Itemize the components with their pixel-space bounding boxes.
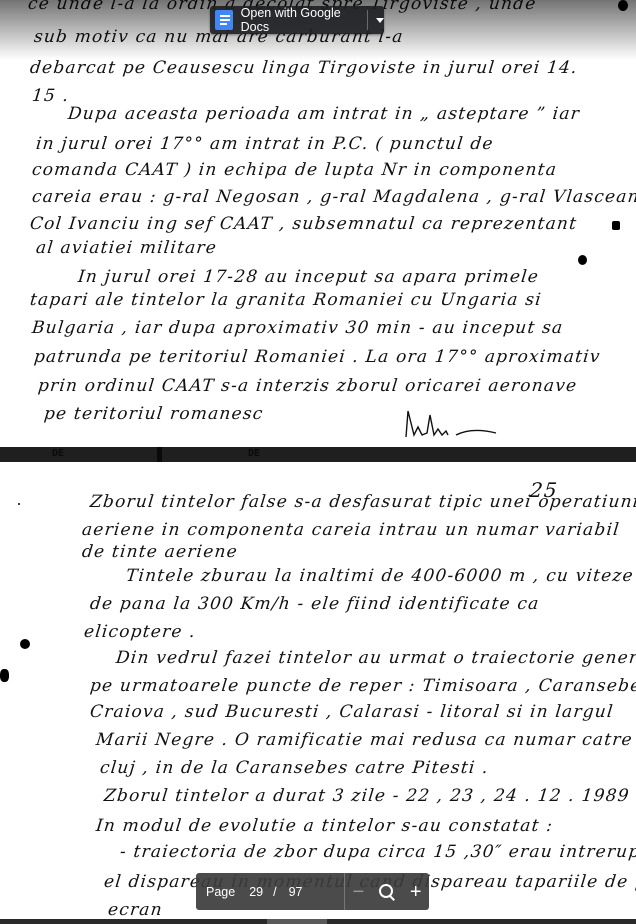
zoom-in-button[interactable]: + (410, 882, 422, 902)
scrollbar-thumb[interactable] (267, 919, 327, 924)
handwritten-line: Zborul tintelor a durat 3 zile - 22 , 23… (103, 786, 636, 806)
handwritten-line: Bulgaria , iar dupa aproximativ 30 min -… (31, 318, 636, 338)
document-page-1: ce unde l-a la ordin a decolat spre Tirg… (0, 0, 636, 447)
google-docs-icon (215, 10, 233, 30)
handwritten-line: prin ordinul CAAT s-a interzis zborul or… (37, 376, 636, 396)
caret-down-icon[interactable] (376, 18, 384, 23)
signature-mark (400, 405, 510, 440)
scan-speck (18, 503, 20, 505)
horizontal-scrollbar[interactable] (0, 919, 636, 924)
scan-speck (0, 669, 9, 682)
handwritten-line: Col Ivanciu ing sef CAAT , subsemnatul c… (29, 214, 636, 234)
current-page-input[interactable]: 29 (249, 885, 263, 899)
handwritten-line: de tinte aeriene (81, 542, 636, 562)
scan-speck (20, 639, 30, 649)
scan-speck (612, 221, 620, 230)
pdf-viewer[interactable]: ce unde l-a la ordin a decolat spre Tirg… (0, 0, 636, 924)
handwritten-line: Dupa aceasta perioada am intrat in „ ast… (67, 104, 636, 124)
total-pages: 97 (289, 885, 303, 899)
handwritten-line: in jurul orei 17°° am intrat in P.C. ( p… (35, 134, 636, 154)
page-label: Page (206, 885, 235, 899)
handwritten-line: In jurul orei 17-28 au inceput sa apara … (77, 267, 636, 287)
handwritten-line: tapari ale tintelor la granita Romaniei … (29, 290, 636, 310)
handwritten-line: cluj , in de la Caransebes catre Pitesti… (99, 758, 636, 778)
separator-mark (157, 447, 162, 462)
document-page-2: 25 Zborul tintelor false s-a desfasurat … (0, 462, 636, 924)
handwritten-line: pe teritoriul romanesc (43, 404, 636, 424)
handwritten-line: al aviatiei militare (35, 238, 636, 258)
handwritten-line: de pana la 300 Km/h - ele fiind identifi… (89, 594, 636, 614)
handwritten-line: 15 . (31, 86, 636, 106)
page-separator-slash: / (273, 885, 276, 899)
handwritten-line: Tintele zburau la inaltimi de 400-6000 m… (125, 566, 636, 586)
handwritten-line: careia erau : g-ral Negosan , g-ral Magd… (31, 187, 636, 207)
zoom-out-button[interactable]: − (352, 882, 364, 902)
open-with-label: Open with Google Docs (241, 6, 357, 34)
handwritten-line: elicoptere . (83, 622, 636, 642)
separator-label: DE (52, 448, 64, 459)
handwritten-line: comanda CAAT ) in echipa de lupta Nr in … (31, 160, 636, 180)
handwritten-line: Craiova , sud Bucuresti , Calarasi - lit… (89, 702, 636, 722)
handwritten-line: debarcat pe Ceausescu linga Tirgoviste i… (29, 58, 636, 78)
handwritten-line: patrunda pe teritoriul Romaniei . La ora… (33, 347, 636, 367)
handwritten-line: - traiectoria de zbor dupa circa 15 ,30″… (119, 842, 636, 862)
button-divider (367, 10, 368, 30)
handwritten-line: Zborul tintelor false s-a desfasurat tip… (89, 492, 636, 512)
handwritten-line: pe urmatoarele puncte de reper : Timisoa… (89, 676, 636, 696)
scan-speck (618, 0, 628, 11)
handwritten-line: Marii Negre . O ramificatie mai redusa c… (95, 730, 636, 750)
separator-label: DE (248, 448, 260, 459)
scan-speck (578, 255, 587, 265)
handwritten-line: Din vedrul fazei tintelor au urmat o tra… (115, 648, 636, 668)
magnifier-icon[interactable] (379, 884, 395, 900)
zoom-controls: − + (344, 873, 429, 910)
page-separator: DE DE (0, 447, 636, 462)
handwritten-line: aeriene in componenta careia intrau un n… (81, 520, 636, 540)
open-with-google-docs-button[interactable]: Open with Google Docs (210, 6, 384, 34)
handwritten-line: In modul de evolutie a tintelor s-au con… (95, 816, 636, 836)
page-navigation: Page 29 / 97 (196, 873, 344, 910)
